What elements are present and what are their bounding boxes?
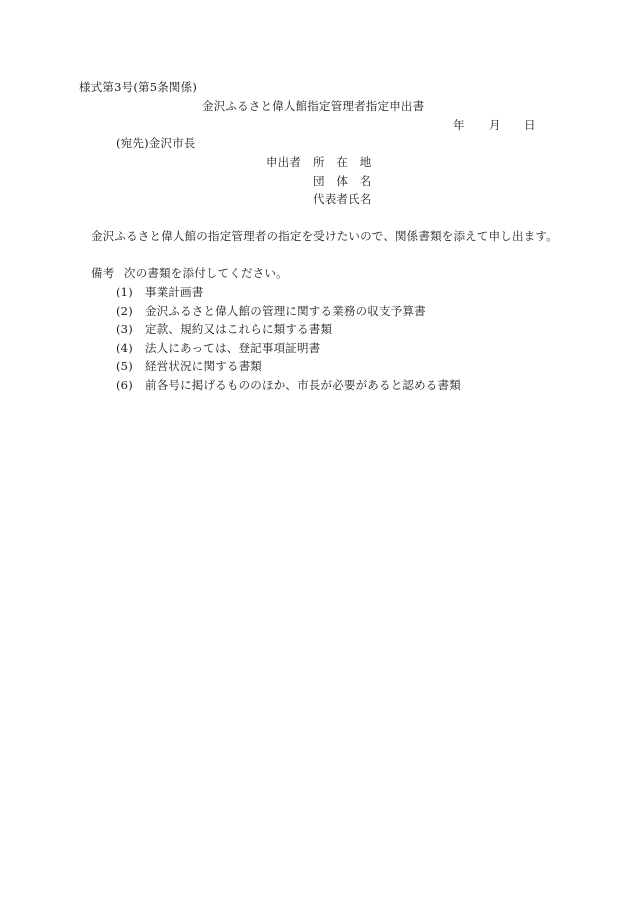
list-item-text: 前各号に掲げるもののほか、市長が必要があると認める書類 (145, 378, 461, 392)
applicant-label: 申出者 (266, 155, 301, 169)
document-title: 金沢ふるさと偉人館指定管理者指定申出書 (202, 99, 424, 113)
remarks-intro: 次の書類を添付してください。 (124, 266, 288, 280)
list-item-text: 事業計画書 (145, 285, 204, 299)
date-month: 月 (489, 118, 501, 132)
list-item-number: (4) (116, 341, 133, 355)
list-item-text: 定款、規約又はこれらに類する書類 (145, 322, 332, 336)
date-day: 日 (524, 118, 536, 132)
body-text: 金沢ふるさと偉人館の指定管理者の指定を受けたいので、関係書類を添えて申し出ます。 (91, 229, 558, 243)
form-number: 様式第3号(第5条関係) (79, 80, 197, 94)
applicant-address-label: 所 在 地 (313, 155, 372, 169)
list-item-text: 金沢ふるさと偉人館の管理に関する業務の収支予算書 (145, 304, 426, 318)
date-year: 年 (453, 118, 465, 132)
list-item-text: 経営状況に関する書類 (145, 359, 262, 373)
list-item-number: (3) (116, 322, 133, 336)
list-item-number: (5) (116, 359, 133, 373)
remarks-label: 備考 (91, 266, 114, 280)
list-item-number: (1) (116, 285, 133, 299)
list-item-text: 法人にあっては、登記事項証明書 (145, 341, 320, 355)
applicant-organization-label: 団 体 名 (313, 174, 372, 188)
list-item-number: (2) (116, 304, 133, 318)
list-item-number: (6) (116, 378, 133, 392)
addressee: (宛先)金沢市長 (116, 136, 196, 150)
applicant-representative-label: 代表者氏名 (313, 192, 372, 206)
